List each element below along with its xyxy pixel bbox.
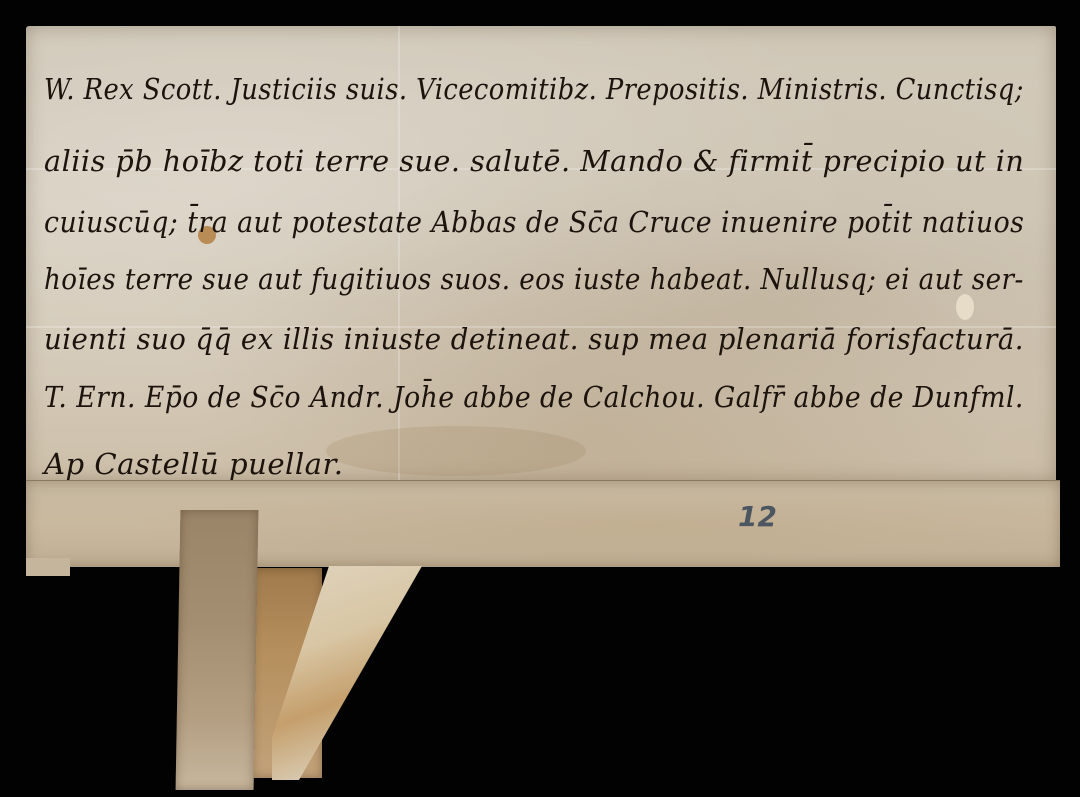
wear-spot [956, 294, 974, 320]
discoloration [326, 426, 586, 476]
charter-line-1: W. Rex Scott. Justiciis suis. Vicecomiti… [44, 72, 1024, 106]
charter-line-5: uienti suo q̄q̄ ex illis iniuste detinea… [44, 322, 1024, 356]
charter-line-7: Ap Castellū puellar. [44, 447, 343, 481]
charter-line-2: aliis p̄b hoībz toti terre sue. salutē. … [44, 144, 1024, 178]
charter-line-4: hoīes terre sue aut fugitiuos suos. eos … [44, 262, 1024, 296]
fold-edge [26, 558, 70, 576]
charter-line-3: cuiuscūq; t̄ra aut potestate Abbas de Sc… [44, 205, 1024, 239]
seal-tag-front [176, 510, 259, 790]
charter-line-6: T. Ern. Ep̄o de Sc̄o Andr. Joh̄e abbe de… [44, 380, 1024, 414]
dorse-number: 12 [738, 500, 777, 533]
